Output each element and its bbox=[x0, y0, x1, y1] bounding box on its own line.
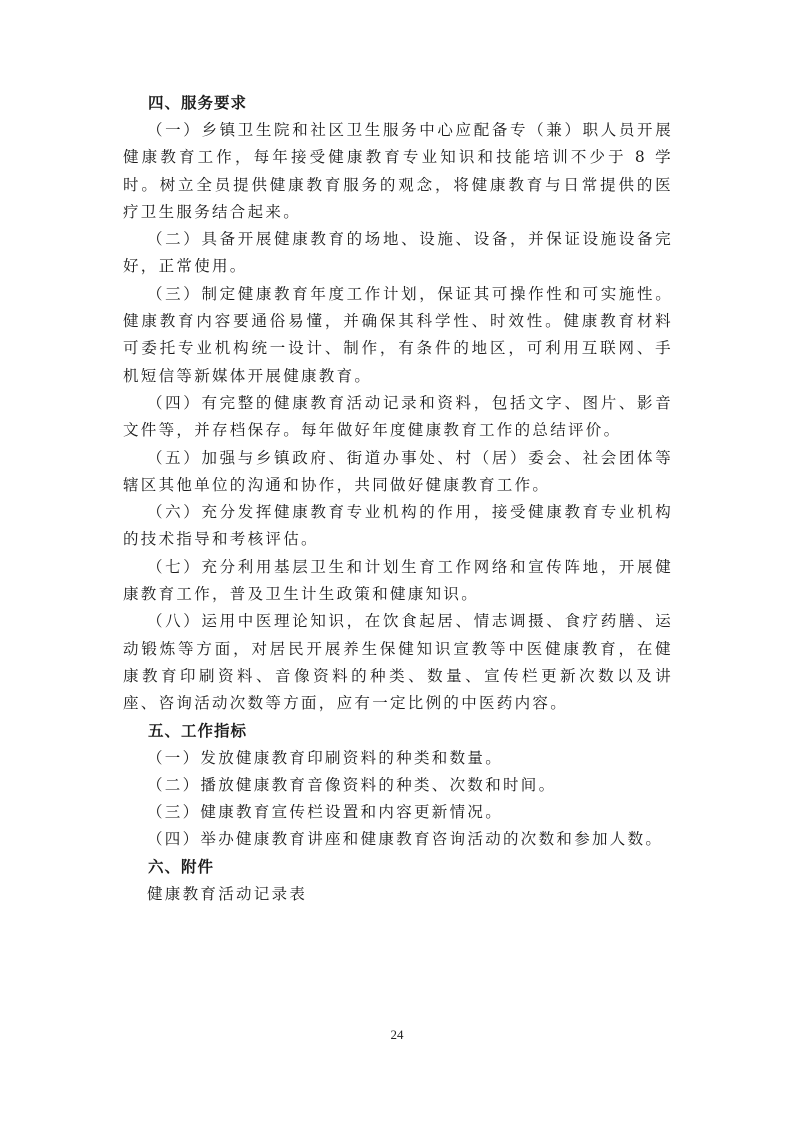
indicator-item-2: （二）播放健康教育音像资料的种类、次数和时间。 bbox=[123, 772, 673, 799]
paragraph-requirement-5: （五）加强与乡镇政府、街道办事处、村（居）委会、社会团体等辖区其他单位的沟通和协… bbox=[123, 445, 673, 500]
page-number: 24 bbox=[0, 1027, 794, 1043]
section-heading-attachment: 六、附件 bbox=[123, 854, 673, 881]
document-page: 四、服务要求 （一）乡镇卫生院和社区卫生服务中心应配备专（兼）职人员开展健康教育… bbox=[123, 90, 673, 908]
paragraph-requirement-1: （一）乡镇卫生院和社区卫生服务中心应配备专（兼）职人员开展健康教育工作，每年接受… bbox=[123, 117, 673, 226]
indicator-item-4: （四）举办健康教育讲座和健康教育咨询活动的次数和参加人数。 bbox=[123, 826, 673, 853]
section-heading-work-indicators: 五、工作指标 bbox=[123, 718, 673, 745]
indicator-item-3: （三）健康教育宣传栏设置和内容更新情况。 bbox=[123, 799, 673, 826]
indicator-item-1: （一）发放健康教育印刷资料的种类和数量。 bbox=[123, 745, 673, 772]
paragraph-requirement-7: （七）充分利用基层卫生和计划生育工作网络和宣传阵地，开展健康教育工作，普及卫生计… bbox=[123, 554, 673, 609]
paragraph-requirement-8: （八）运用中医理论知识，在饮食起居、情志调摄、食疗药膳、运动锻炼等方面，对居民开… bbox=[123, 608, 673, 717]
paragraph-requirement-2: （二）具备开展健康教育的场地、设施、设备，并保证设施设备完好，正常使用。 bbox=[123, 226, 673, 281]
section-heading-service-requirements: 四、服务要求 bbox=[123, 90, 673, 117]
attachment-name: 健康教育活动记录表 bbox=[123, 881, 673, 908]
paragraph-requirement-6: （六）充分发挥健康教育专业机构的作用，接受健康教育专业机构的技术指导和考核评估。 bbox=[123, 499, 673, 554]
paragraph-requirement-4: （四）有完整的健康教育活动记录和资料，包括文字、图片、影音文件等，并存档保存。每… bbox=[123, 390, 673, 445]
paragraph-requirement-3: （三）制定健康教育年度工作计划，保证其可操作性和可实施性。健康教育内容要通俗易懂… bbox=[123, 281, 673, 390]
